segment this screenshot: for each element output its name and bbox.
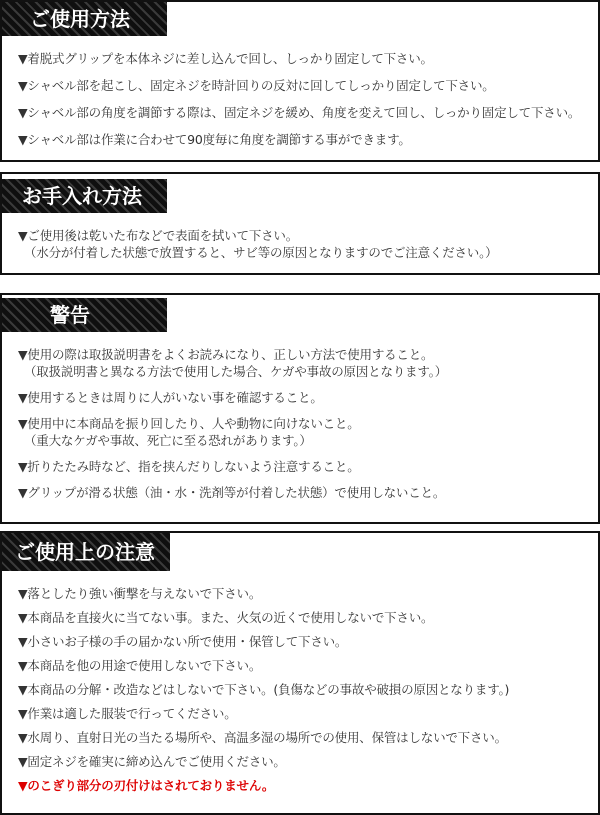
notice-line: ▼水周り、直射日光の当たる場所や、高温多湿の場所での使用、保管はしないで下さい。 bbox=[18, 729, 588, 746]
notice-line: ▼グリップが滑る状態（油・水・洗剤等が付着した状態）で使用しないこと。 bbox=[18, 484, 588, 501]
notice-list: ▼ご使用後は乾いた布などで表面を拭いて下さい。（水分が付着した状態で放置すると、… bbox=[2, 227, 598, 273]
notice-line: （水分が付着した状態で放置すると、サビ等の原因となりますのでご注意ください。） bbox=[18, 244, 588, 261]
notice-item: ▼本商品を他の用途で使用しないで下さい。 bbox=[18, 657, 588, 674]
notice-line: ▼のこぎり部分の刃付けはされておりません。 bbox=[18, 777, 588, 794]
section-precautions: ご使用上の注意 ▼落としたり強い衝撃を与えないで下さい。▼本商品を直接火に当てな… bbox=[0, 531, 600, 815]
notice-item: ▼落としたり強い衝撃を与えないで下さい。 bbox=[18, 585, 588, 602]
notice-list: ▼使用の際は取扱説明書をよくお読みになり、正しい方法で使用すること。（取扱説明書… bbox=[2, 346, 598, 522]
notice-line: ▼本商品の分解・改造などはしないで下さい。(負傷などの事故や破損の原因となります… bbox=[18, 681, 588, 698]
section-title-banner: 警告 bbox=[2, 298, 167, 332]
notice-line: ▼折りたたみ時など、指を挟んだりしないよう注意すること。 bbox=[18, 458, 588, 475]
notice-line: ▼固定ネジを確実に締め込んでご使用ください。 bbox=[18, 753, 588, 770]
notice-item: ▼使用の際は取扱説明書をよくお読みになり、正しい方法で使用すること。（取扱説明書… bbox=[18, 346, 588, 380]
notice-line: ▼使用の際は取扱説明書をよくお読みになり、正しい方法で使用すること。 bbox=[18, 346, 588, 363]
section-title-banner: お手入れ方法 bbox=[2, 179, 167, 213]
section-title-banner: ご使用方法 bbox=[2, 2, 167, 36]
notice-item: ▼のこぎり部分の刃付けはされておりません。 bbox=[18, 777, 588, 794]
notice-line: ▼作業は適した服装で行ってください。 bbox=[18, 705, 588, 722]
instruction-sheet: ご使用方法 ▼着脱式グリップを本体ネジに差し込んで回し、しっかり固定して下さい。… bbox=[0, 0, 600, 815]
notice-item: ▼小さいお子様の手の届かない所で使用・保管して下さい。 bbox=[18, 633, 588, 650]
section-title: 警告 bbox=[2, 305, 90, 325]
notice-item: ▼シャベル部の角度を調節する際は、固定ネジを緩め、角度を変えて回し、しっかり固定… bbox=[18, 104, 588, 121]
section-usage: ご使用方法 ▼着脱式グリップを本体ネジに差し込んで回し、しっかり固定して下さい。… bbox=[0, 0, 600, 162]
notice-item: ▼グリップが滑る状態（油・水・洗剤等が付着した状態）で使用しないこと。 bbox=[18, 484, 588, 501]
notice-line: ▼小さいお子様の手の届かない所で使用・保管して下さい。 bbox=[18, 633, 588, 650]
notice-line: ▼本商品を直接火に当てない事。また、火気の近くで使用しないで下さい。 bbox=[18, 609, 588, 626]
notice-item: ▼シャベル部を起こし、固定ネジを時計回りの反対に回してしっかり固定して下さい。 bbox=[18, 77, 588, 94]
notice-list: ▼落としたり強い衝撃を与えないで下さい。▼本商品を直接火に当てない事。また、火気… bbox=[2, 585, 598, 813]
notice-item: ▼作業は適した服装で行ってください。 bbox=[18, 705, 588, 722]
section-title: お手入れ方法 bbox=[2, 186, 142, 206]
notice-line: ▼使用中に本商品を振り回したり、人や動物に向けないこと。 bbox=[18, 415, 588, 432]
section-care: お手入れ方法 ▼ご使用後は乾いた布などで表面を拭いて下さい。（水分が付着した状態… bbox=[0, 172, 600, 275]
notice-item: ▼本商品の分解・改造などはしないで下さい。(負傷などの事故や破損の原因となります… bbox=[18, 681, 588, 698]
notice-item: ▼折りたたみ時など、指を挟んだりしないよう注意すること。 bbox=[18, 458, 588, 475]
notice-line: ▼シャベル部を起こし、固定ネジを時計回りの反対に回してしっかり固定して下さい。 bbox=[18, 77, 588, 94]
notice-item: ▼ご使用後は乾いた布などで表面を拭いて下さい。（水分が付着した状態で放置すると、… bbox=[18, 227, 588, 261]
notice-line: （重大なケガや事故、死亡に至る恐れがあります。） bbox=[18, 432, 588, 449]
notice-item: ▼シャベル部は作業に合わせて90度毎に角度を調節する事ができます。 bbox=[18, 131, 588, 148]
notice-item: ▼使用中に本商品を振り回したり、人や動物に向けないこと。（重大なケガや事故、死亡… bbox=[18, 415, 588, 449]
notice-item: ▼本商品を直接火に当てない事。また、火気の近くで使用しないで下さい。 bbox=[18, 609, 588, 626]
notice-list: ▼着脱式グリップを本体ネジに差し込んで回し、しっかり固定して下さい。▼シャベル部… bbox=[2, 50, 598, 160]
notice-line: （取扱説明書と異なる方法で使用した場合、ケガや事故の原因となります。） bbox=[18, 363, 588, 380]
notice-line: ▼着脱式グリップを本体ネジに差し込んで回し、しっかり固定して下さい。 bbox=[18, 50, 588, 67]
notice-line: ▼シャベル部の角度を調節する際は、固定ネジを緩め、角度を変えて回し、しっかり固定… bbox=[18, 104, 588, 121]
section-title-banner: ご使用上の注意 bbox=[2, 533, 170, 571]
notice-line: ▼本商品を他の用途で使用しないで下さい。 bbox=[18, 657, 588, 674]
notice-line: ▼ご使用後は乾いた布などで表面を拭いて下さい。 bbox=[18, 227, 588, 244]
notice-item: ▼固定ネジを確実に締め込んでご使用ください。 bbox=[18, 753, 588, 770]
notice-item: ▼水周り、直射日光の当たる場所や、高温多湿の場所での使用、保管はしないで下さい。 bbox=[18, 729, 588, 746]
notice-item: ▼着脱式グリップを本体ネジに差し込んで回し、しっかり固定して下さい。 bbox=[18, 50, 588, 67]
section-title: ご使用上の注意 bbox=[2, 542, 155, 562]
section-warning: 警告 ▼使用の際は取扱説明書をよくお読みになり、正しい方法で使用すること。（取扱… bbox=[0, 293, 600, 524]
section-title: ご使用方法 bbox=[2, 9, 130, 29]
notice-line: ▼落としたり強い衝撃を与えないで下さい。 bbox=[18, 585, 588, 602]
notice-line: ▼使用するときは周りに人がいない事を確認すること。 bbox=[18, 389, 588, 406]
notice-line: ▼シャベル部は作業に合わせて90度毎に角度を調節する事ができます。 bbox=[18, 131, 588, 148]
notice-item: ▼使用するときは周りに人がいない事を確認すること。 bbox=[18, 389, 588, 406]
